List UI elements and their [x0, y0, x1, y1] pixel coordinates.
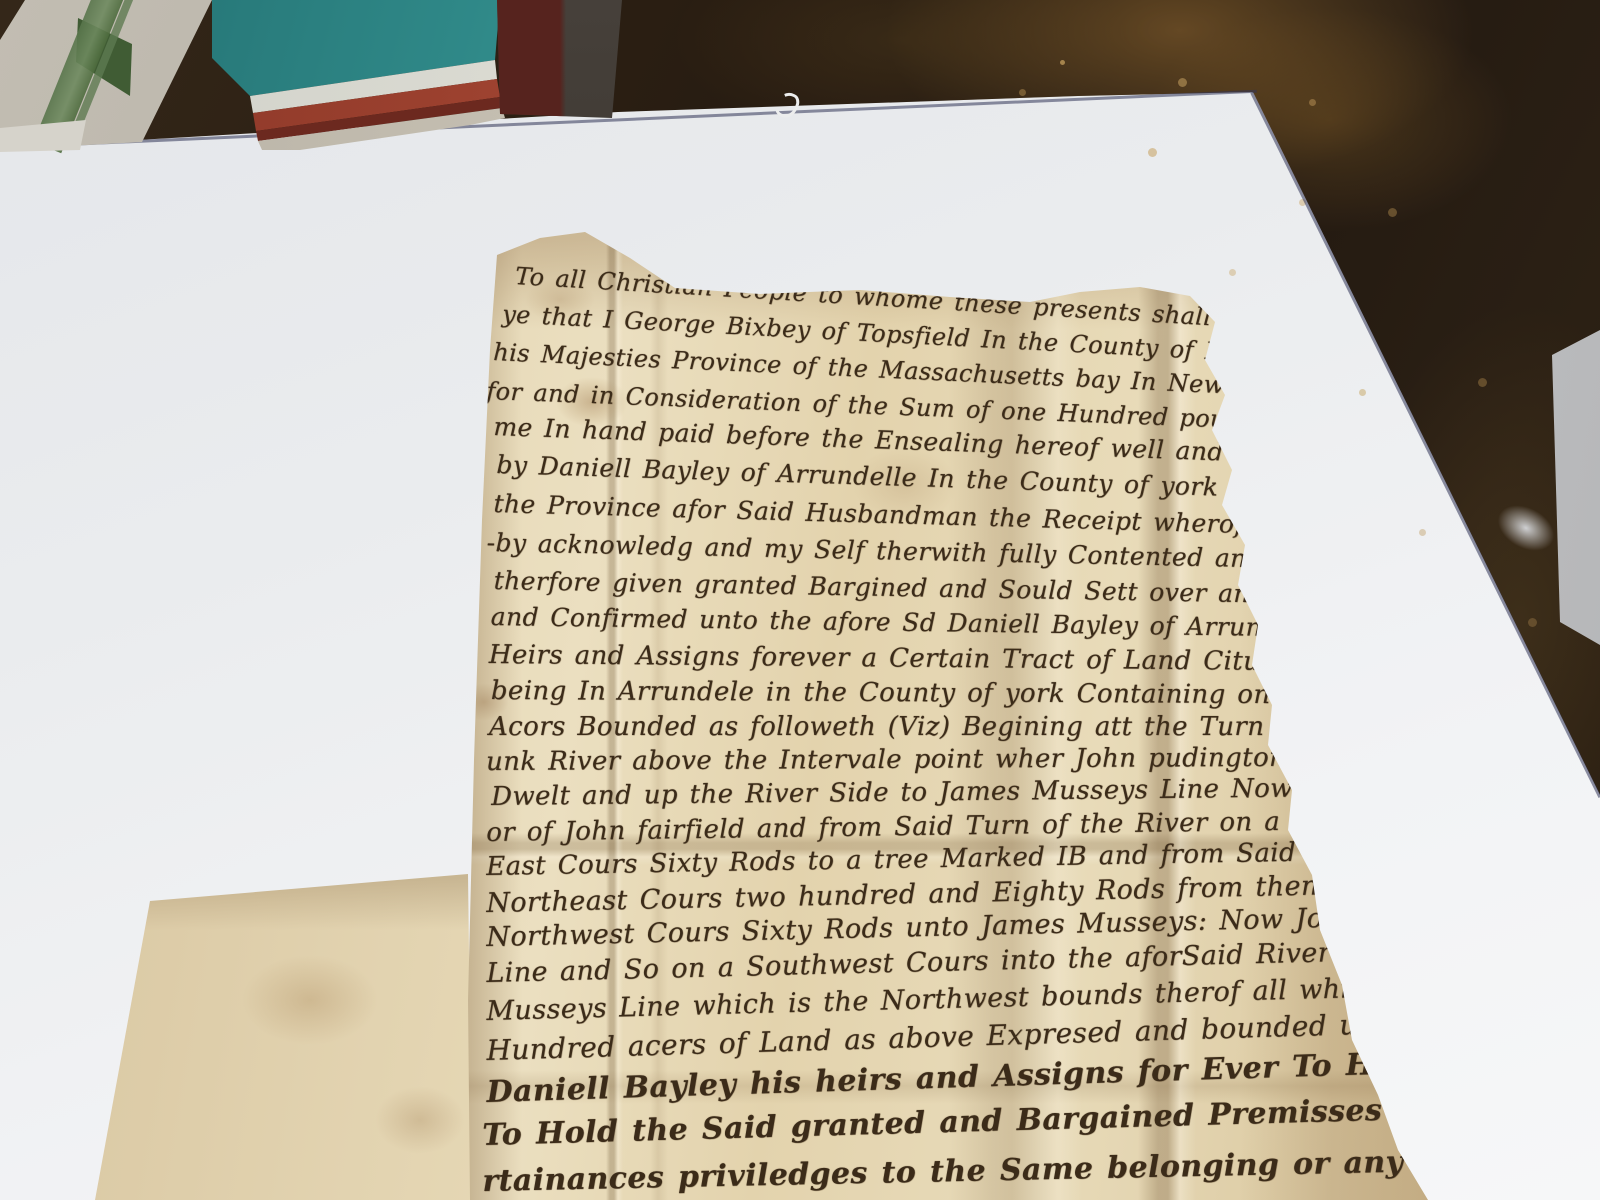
- manuscript-line: rtainances priviledges to the Same belon…: [482, 1140, 1600, 1199]
- manuscript-line: unk River above the Intervale point wher…: [486, 742, 1414, 777]
- manuscript-line: being In Arrundele in the County of york…: [491, 676, 1418, 711]
- manuscript-line: Acors Bounded as followeth (Viz) Beginin…: [489, 712, 1408, 742]
- manuscript-line: and Confirmed unto the afore Sd Daniell …: [491, 602, 1366, 643]
- floor-speckles: [1060, 60, 1065, 65]
- manuscript-line: Heirs and Assigns forever a Certain Trac…: [489, 640, 1452, 678]
- photo-canvas: To all Christian People to whome these p…: [0, 0, 1600, 1200]
